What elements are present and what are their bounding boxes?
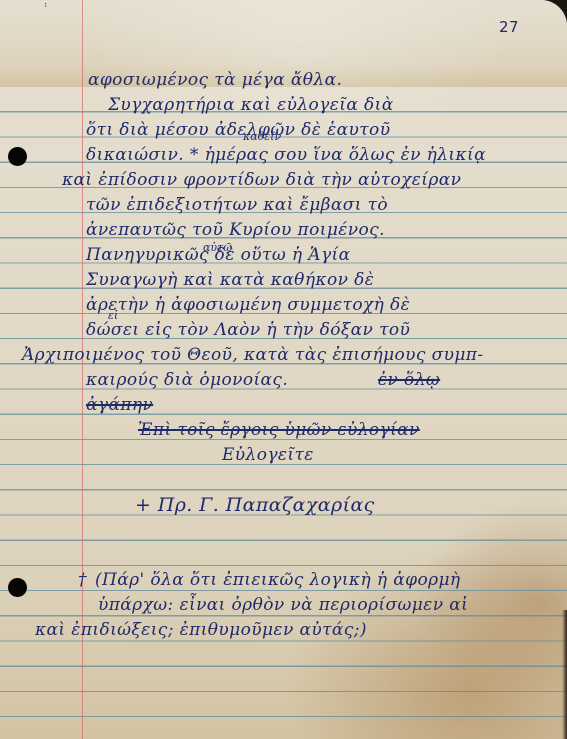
body-line-1: αφοσιωμένος τὰ μέγα ἄθλα. [88,68,342,93]
insertion-kathein: καθεῖν [243,130,281,143]
footnote-line-2: ὑπάρχω: εἶναι ὀρθὸν νὰ περιορίσωμεν αἱ [98,593,468,618]
page-number: 27 [499,18,519,36]
body-line-10: ἀρετὴν ἡ ἀφοσιωμένη συμμετοχὴ δὲ [86,293,410,318]
valediction: Εὐλογεῖτε [222,443,314,468]
insertion-auto: αὐτῷ [203,241,232,254]
body-line-6: τῶν ἐπιδεξιοτήτων καὶ ἔμβασι τὸ [86,193,388,218]
footnote-line-1: (Πάρ' ὅλα ὅτι ἐπιεικῶς λογικὴ ἡ ἀφορμὴ [95,568,461,593]
signature: + Πρ. Γ. Παπαζαχαρίας [135,494,375,516]
body-line-12: Ἀρχιποιμένος τοῦ Θεοῦ, κατὰ τὰς ἐπισήμου… [22,343,484,368]
body-line-7: ἀνεπαυτῶς τοῦ Κυρίου ποιμένος. [86,218,385,243]
closing-struck-line: Ἐπὶ τοῖς ἔργοις ὑμῶν εὐλογίαν [138,418,420,443]
body-line-9: Συναγωγὴ καὶ κατὰ καθήκον δὲ [86,268,374,293]
body-line-2: Συγχαρητήρια καὶ εὐλογεῖα διὰ [108,93,394,118]
page-edge-shadow [562,610,567,739]
body-line-13: καιρούς διὰ ὁμονοίας. [86,368,288,393]
struck-text-agapin: ἀγάπην [86,393,153,418]
body-line-3: ὅτι διὰ μέσου ἀδελφῶν δὲ ἑαυτοῦ [86,118,390,143]
body-line-11: δώσει εἰς τὸν Λαὸν ἡ τὴν δόξαν τοῦ [86,318,410,343]
footnote-line-3: καὶ ἐπιδιώξεις; ἐπιθυμοῦμεν αὐτάς;) [35,618,367,643]
corner-mark: ⠘ [41,3,48,13]
punched-hole-bottom [8,578,27,597]
punched-hole-top [8,147,27,166]
document-page: ⠘ 27 αφοσιωμένος τὰ μέγα ἄθλα. Συγχαρητή… [0,0,567,739]
footnote-marker: † [78,568,87,593]
struck-closing-phrase: Ἐπὶ τοῖς ἔργοις ὑμῶν εὐλογίαν [138,420,420,440]
body-line-4: δικαιώσιν. * ἡμέρας σου ἵνα ὅλως ἐν ἡλικ… [86,143,486,168]
body-line-5: καὶ ἐπίδοσιν φροντίδων διὰ τὴν αὐτοχείρα… [62,168,461,193]
struck-text-en-olo: ἐν ὅλῳ [378,368,440,393]
